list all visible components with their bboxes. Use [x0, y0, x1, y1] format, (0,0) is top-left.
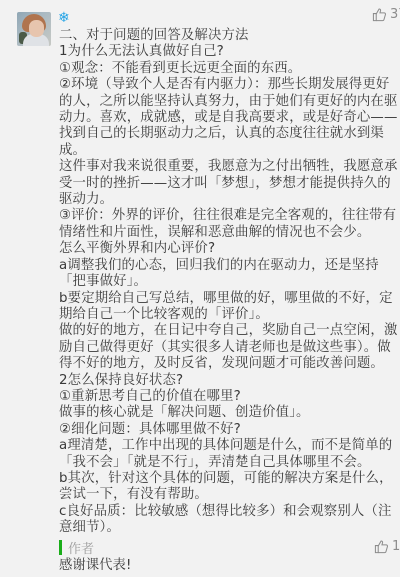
avatar-face-shape	[29, 20, 44, 37]
comment-line: 2怎么保持良好状态?	[59, 373, 399, 389]
comment-line: 怎么平衡外界和内心评价?	[59, 241, 399, 257]
comment-line: 二、对于问题的回答及解决方法	[59, 28, 399, 44]
like-count: 37	[390, 7, 400, 22]
thumbs-up-icon	[374, 539, 389, 554]
comment-line: a理清楚，工作中出现的具体问题是什么，而不是简单的「我不会」「就是不行」，弄清楚…	[59, 438, 399, 471]
thumbs-up-icon	[372, 7, 387, 22]
comment-line: 1为什么无法认真做好自己?	[59, 44, 399, 60]
author-reply: 作者 11 感谢课代表!	[59, 538, 400, 575]
comment-line: ②环境（导致个人是否有内驱力）：那些长期发展得更好的人，之所以能坚持认真努力，由…	[59, 77, 399, 159]
reply-text: 感谢课代表!	[59, 557, 400, 575]
comment-line: ③评价：外界的评价，往往很难是完全客观的，往往带有情绪性和片面性，误解和恶意曲解…	[59, 208, 399, 241]
reply-header: 作者	[59, 538, 400, 556]
comment-line: ①重新思考自己的价值在哪里?	[59, 389, 399, 405]
nickname[interactable]: ❄	[58, 10, 70, 26]
comment-line: c良好品质：比较敏感（想得比较多）和会观察别人（注意细节）。	[59, 504, 399, 537]
avatar[interactable]	[17, 12, 51, 46]
comment-line: 做事的核心就是「解决问题、创造价值」。	[59, 405, 399, 421]
comment-line: ①观念：不能看到更长远更全面的东西。	[59, 61, 399, 77]
snowflake-icon: ❄	[58, 10, 70, 26]
reply-author-label: 作者	[68, 538, 94, 557]
comment-line: 做的好的地方，在日记中夸自己，奖励自己一点空闲，激励自己做得更好（其实很多人请老…	[59, 323, 399, 372]
comment-line: b要定期给自己写总结，哪里做的好，哪里做的不好，定期给自己一个比较客观的「评价」…	[59, 291, 399, 324]
reply-like-button[interactable]: 11	[374, 539, 400, 554]
reply-accent-bar	[59, 540, 62, 555]
like-button[interactable]: 37	[372, 7, 400, 22]
comment-line: a调整我们的心态，回归我们的内在驱动力，还是坚持「把事做好」。	[59, 258, 399, 291]
comment-line: b其次，针对这个具体的问题，可能的解决方案是什么，尝试一下，有没有帮助。	[59, 471, 399, 504]
comment-content: 二、对于问题的回答及解决方法 1为什么无法认真做好自己? ①观念：不能看到更长远…	[59, 28, 399, 537]
comment-line: 这件事对我来说很重要，我愿意为之付出牺牲，我愿意承受一时的挫折——这才叫「梦想」…	[59, 159, 399, 208]
comment-line: ②细化问题：具体哪里做不好?	[59, 422, 399, 438]
reply-like-count: 11	[392, 539, 400, 554]
